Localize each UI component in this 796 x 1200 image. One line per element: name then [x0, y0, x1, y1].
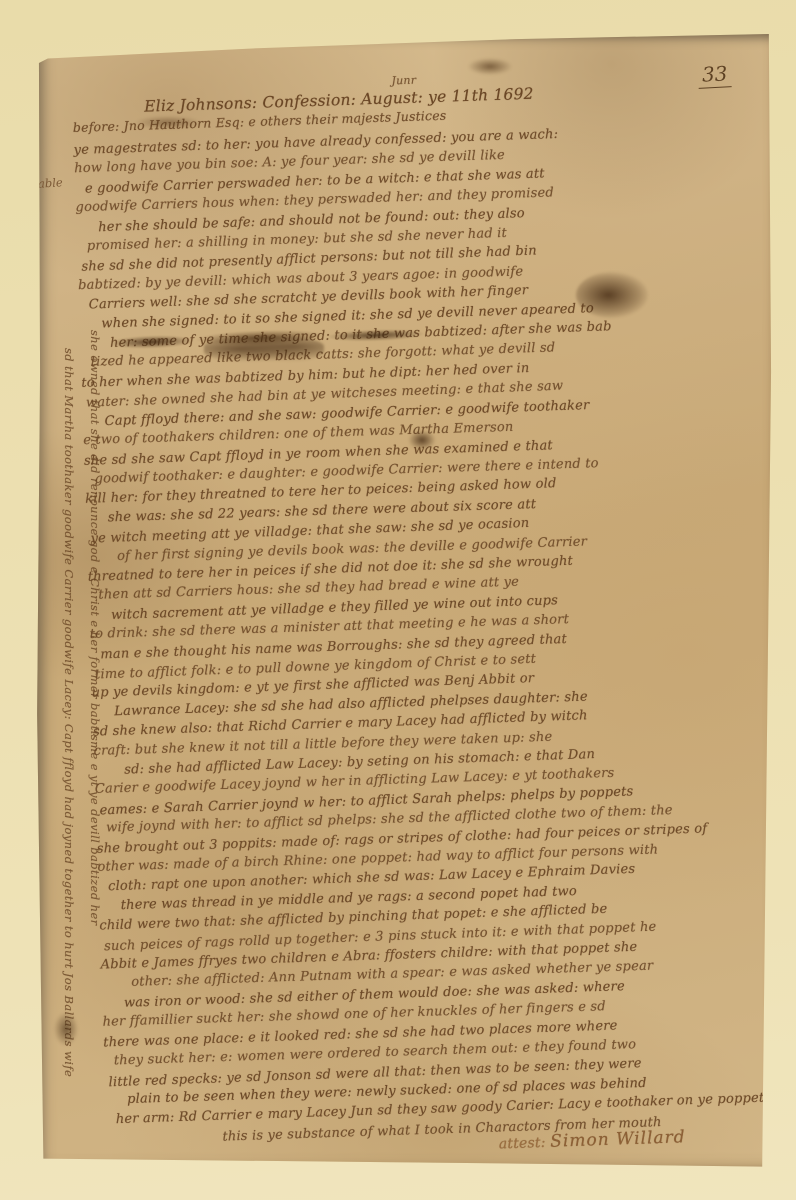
signature-simon-willard: Simon Willard — [550, 1127, 686, 1151]
attest-label: attest: — [499, 1135, 546, 1153]
confession-body: ye magestrates sd: to her: you have alre… — [73, 118, 796, 1130]
photograph-of-manuscript: { "document": { "page_number": "33", "he… — [0, 0, 796, 1200]
vertical-margin-note: sd that Martha toothaker goodwife Carrie… — [62, 348, 76, 1077]
margin-note-word: able — [38, 175, 64, 191]
ink-blot — [468, 58, 512, 75]
interlinear-insert: Junr — [391, 74, 416, 88]
handwritten-text-block: Junr Eliz Johnsons: Confession: August: … — [72, 77, 796, 1166]
manuscript-page: 33 able she owned that she did renounce … — [36, 30, 774, 1170]
